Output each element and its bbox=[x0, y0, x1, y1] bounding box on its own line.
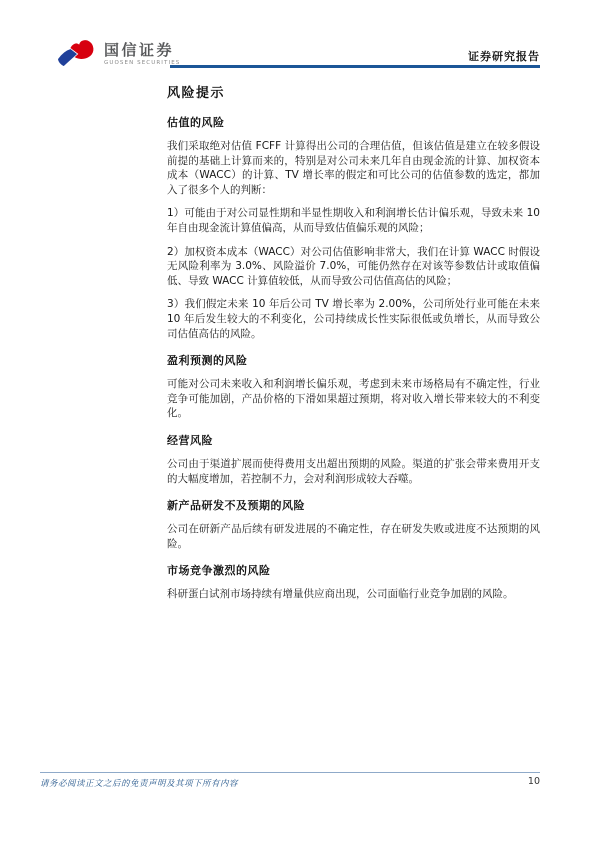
body-paragraph: 可能对公司未来收入和利润增长偏乐观，考虑到未来市场格局有不确定性，行业竞争可能加… bbox=[167, 377, 540, 421]
footer-divider bbox=[40, 772, 540, 773]
guosen-logo: 国信证券 GUOSEN SECURITIES bbox=[55, 38, 180, 70]
body-paragraph: 2）加权资本成本（WACC）对公司估值影响非常大，我们在计算 WACC 时假设无… bbox=[167, 245, 540, 289]
guosen-logo-icon bbox=[55, 38, 97, 70]
section-heading: 市场竞争激烈的风险 bbox=[167, 562, 540, 578]
report-page: 国信证券 GUOSEN SECURITIES 证券研究报告 风险提示 估值的风险… bbox=[0, 0, 596, 842]
logo-name-en: GUOSEN SECURITIES bbox=[104, 59, 180, 67]
section-paragraphs: 我们采取绝对估值 FCFF 计算得出公司的合理估值，但该估值是建立在较多假设前提… bbox=[167, 139, 540, 341]
body-paragraph: 公司在研新产品后续有研发进展的不确定性，存在研发失败或进度不达预期的风险。 bbox=[167, 522, 540, 551]
section-heading: 盈利预测的风险 bbox=[167, 352, 540, 368]
footer-disclaimer: 请务必阅读正文之后的免责声明及其项下所有内容 bbox=[40, 777, 238, 789]
section-paragraphs: 可能对公司未来收入和利润增长偏乐观，考虑到未来市场格局有不确定性，行业竞争可能加… bbox=[167, 377, 540, 421]
logo-name-cn: 国信证券 bbox=[104, 42, 180, 59]
report-body: 风险提示 估值的风险 我们采取绝对估值 FCFF 计算得出公司的合理估值，但该估… bbox=[167, 82, 540, 611]
risk-section: 盈利预测的风险 可能对公司未来收入和利润增长偏乐观，考虑到未来市场格局有不确定性… bbox=[167, 352, 540, 421]
body-paragraph: 公司由于渠道扩展而使得费用支出超出预期的风险。渠道的扩张会带来费用开支的大幅度增… bbox=[167, 457, 540, 486]
sections: 估值的风险 我们采取绝对估值 FCFF 计算得出公司的合理估值，但该估值是建立在… bbox=[167, 114, 540, 602]
section-heading: 估值的风险 bbox=[167, 114, 540, 130]
section-paragraphs: 公司在研新产品后续有研发进展的不确定性，存在研发失败或进度不达预期的风险。 bbox=[167, 522, 540, 551]
report-type-label: 证券研究报告 bbox=[468, 48, 540, 64]
page-header: 国信证券 GUOSEN SECURITIES 证券研究报告 bbox=[0, 0, 596, 70]
risk-section: 经营风险 公司由于渠道扩展而使得费用支出超出预期的风险。渠道的扩张会带来费用开支… bbox=[167, 432, 540, 486]
risk-section: 新产品研发不及预期的风险 公司在研新产品后续有研发进展的不确定性，存在研发失败或… bbox=[167, 497, 540, 551]
section-paragraphs: 科研蛋白试剂市场持续有增量供应商出现，公司面临行业竞争加剧的风险。 bbox=[167, 587, 540, 602]
section-heading: 新产品研发不及预期的风险 bbox=[167, 497, 540, 513]
risk-section: 市场竞争激烈的风险 科研蛋白试剂市场持续有增量供应商出现，公司面临行业竞争加剧的… bbox=[167, 562, 540, 602]
page-number: 10 bbox=[528, 776, 540, 787]
header-divider bbox=[170, 65, 540, 68]
section-heading: 经营风险 bbox=[167, 432, 540, 448]
section-paragraphs: 公司由于渠道扩展而使得费用支出超出预期的风险。渠道的扩张会带来费用开支的大幅度增… bbox=[167, 457, 540, 486]
body-paragraph: 我们采取绝对估值 FCFF 计算得出公司的合理估值，但该估值是建立在较多假设前提… bbox=[167, 139, 540, 197]
body-paragraph: 1）可能由于对公司显性期和半显性期收入和利润增长估计偏乐观，导致未来 10 年自… bbox=[167, 206, 540, 235]
body-paragraph: 3）我们假定未来 10 年后公司 TV 增长率为 2.00%，公司所处行业可能在… bbox=[167, 297, 540, 341]
body-paragraph: 科研蛋白试剂市场持续有增量供应商出现，公司面临行业竞争加剧的风险。 bbox=[167, 587, 540, 602]
risk-section: 估值的风险 我们采取绝对估值 FCFF 计算得出公司的合理估值，但该估值是建立在… bbox=[167, 114, 540, 341]
page-title: 风险提示 bbox=[167, 82, 540, 101]
logo-wordmark: 国信证券 GUOSEN SECURITIES bbox=[104, 42, 180, 67]
